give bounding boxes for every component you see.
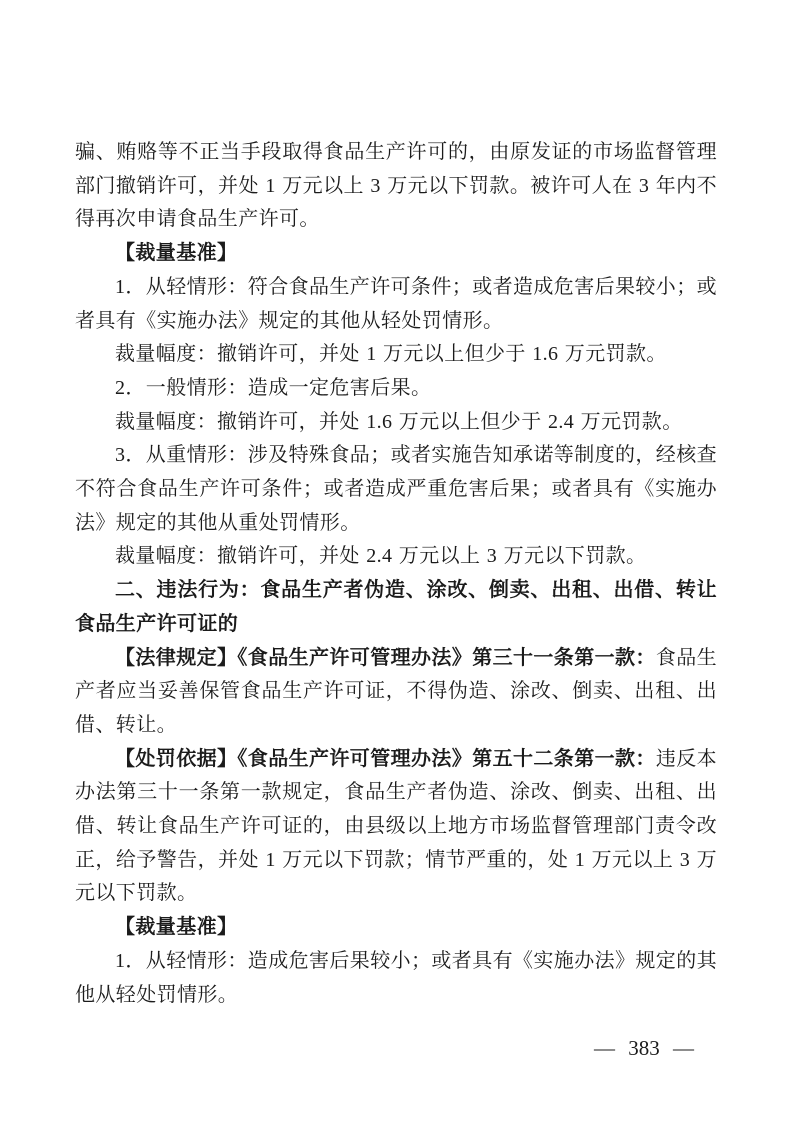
paragraph: 裁量幅度：撤销许可，并处 1.6 万元以上但少于 2.4 万元罚款。 — [75, 406, 717, 440]
body-text: 裁量幅度：撤销许可，并处 2.4 万元以上 3 万元以下罚款。 — [115, 545, 646, 567]
body-text: 2．一般情形：造成一定危害后果。 — [115, 377, 431, 399]
paragraph: 裁量幅度：撤销许可，并处 1 万元以上但少于 1.6 万元罚款。 — [75, 338, 717, 372]
document-page: 骗、贿赂等不正当手段取得食品生产许可的，由原发证的市场监督管理部门撤销许可，并处… — [0, 0, 793, 1122]
emphasis-text: 【裁量基准】 — [115, 242, 237, 264]
page-number: — 383 — — [594, 1036, 694, 1060]
emphasis-text: 二、违法行为：食品生产者伪造、涂改、倒卖、出租、出借、转让食品生产许可证的 — [75, 579, 717, 635]
emphasis-text: 【裁量基准】 — [115, 916, 237, 938]
emphasis-text: 【法律规定】《食品生产许可管理办法》第三十一条第一款： — [115, 647, 656, 669]
body-text: 1．从轻情形：造成危害后果较小；或者具有《实施办法》规定的其他从轻处罚情形。 — [75, 950, 717, 1006]
paragraph: 2．一般情形：造成一定危害后果。 — [75, 372, 717, 406]
paragraph: 【裁量基准】 — [75, 237, 717, 271]
paragraph: 【处罚依据】《食品生产许可管理办法》第五十二条第一款：违反本办法第三十一条第一款… — [75, 743, 717, 912]
paragraph: 1．从轻情形：造成危害后果较小；或者具有《实施办法》规定的其他从轻处罚情形。 — [75, 945, 717, 1012]
body-text: 裁量幅度：撤销许可，并处 1.6 万元以上但少于 2.4 万元罚款。 — [115, 411, 683, 433]
body-text: 3．从重情形：涉及特殊食品；或者实施告知承诺等制度的，经核查不符合食品生产许可条… — [75, 444, 717, 533]
body-text: 1．从轻情形：符合食品生产许可条件；或者造成危害后果较小；或者具有《实施办法》规… — [75, 276, 717, 332]
document-body: 骗、贿赂等不正当手段取得食品生产许可的，由原发证的市场监督管理部门撤销许可，并处… — [75, 136, 717, 1012]
body-text: 裁量幅度：撤销许可，并处 1 万元以上但少于 1.6 万元罚款。 — [115, 343, 667, 365]
paragraph: 二、违法行为：食品生产者伪造、涂改、倒卖、出租、出借、转让食品生产许可证的 — [75, 574, 717, 641]
page-footer: — 383 — — [594, 1034, 694, 1062]
paragraph: 裁量幅度：撤销许可，并处 2.4 万元以上 3 万元以下罚款。 — [75, 540, 717, 574]
paragraph: 【裁量基准】 — [75, 911, 717, 945]
paragraph: 骗、贿赂等不正当手段取得食品生产许可的，由原发证的市场监督管理部门撤销许可，并处… — [75, 136, 717, 237]
body-text: 违反本办法第三十一条第一款规定，食品生产者伪造、涂改、倒卖、出租、出借、转让食品… — [75, 748, 717, 905]
paragraph: 【法律规定】《食品生产许可管理办法》第三十一条第一款：食品生产者应当妥善保管食品… — [75, 642, 717, 743]
body-text: 骗、贿赂等不正当手段取得食品生产许可的，由原发证的市场监督管理部门撤销许可，并处… — [75, 141, 717, 230]
paragraph: 3．从重情形：涉及特殊食品；或者实施告知承诺等制度的，经核查不符合食品生产许可条… — [75, 439, 717, 540]
emphasis-text: 【处罚依据】《食品生产许可管理办法》第五十二条第一款： — [115, 748, 656, 770]
paragraph: 1．从轻情形：符合食品生产许可条件；或者造成危害后果较小；或者具有《实施办法》规… — [75, 271, 717, 338]
